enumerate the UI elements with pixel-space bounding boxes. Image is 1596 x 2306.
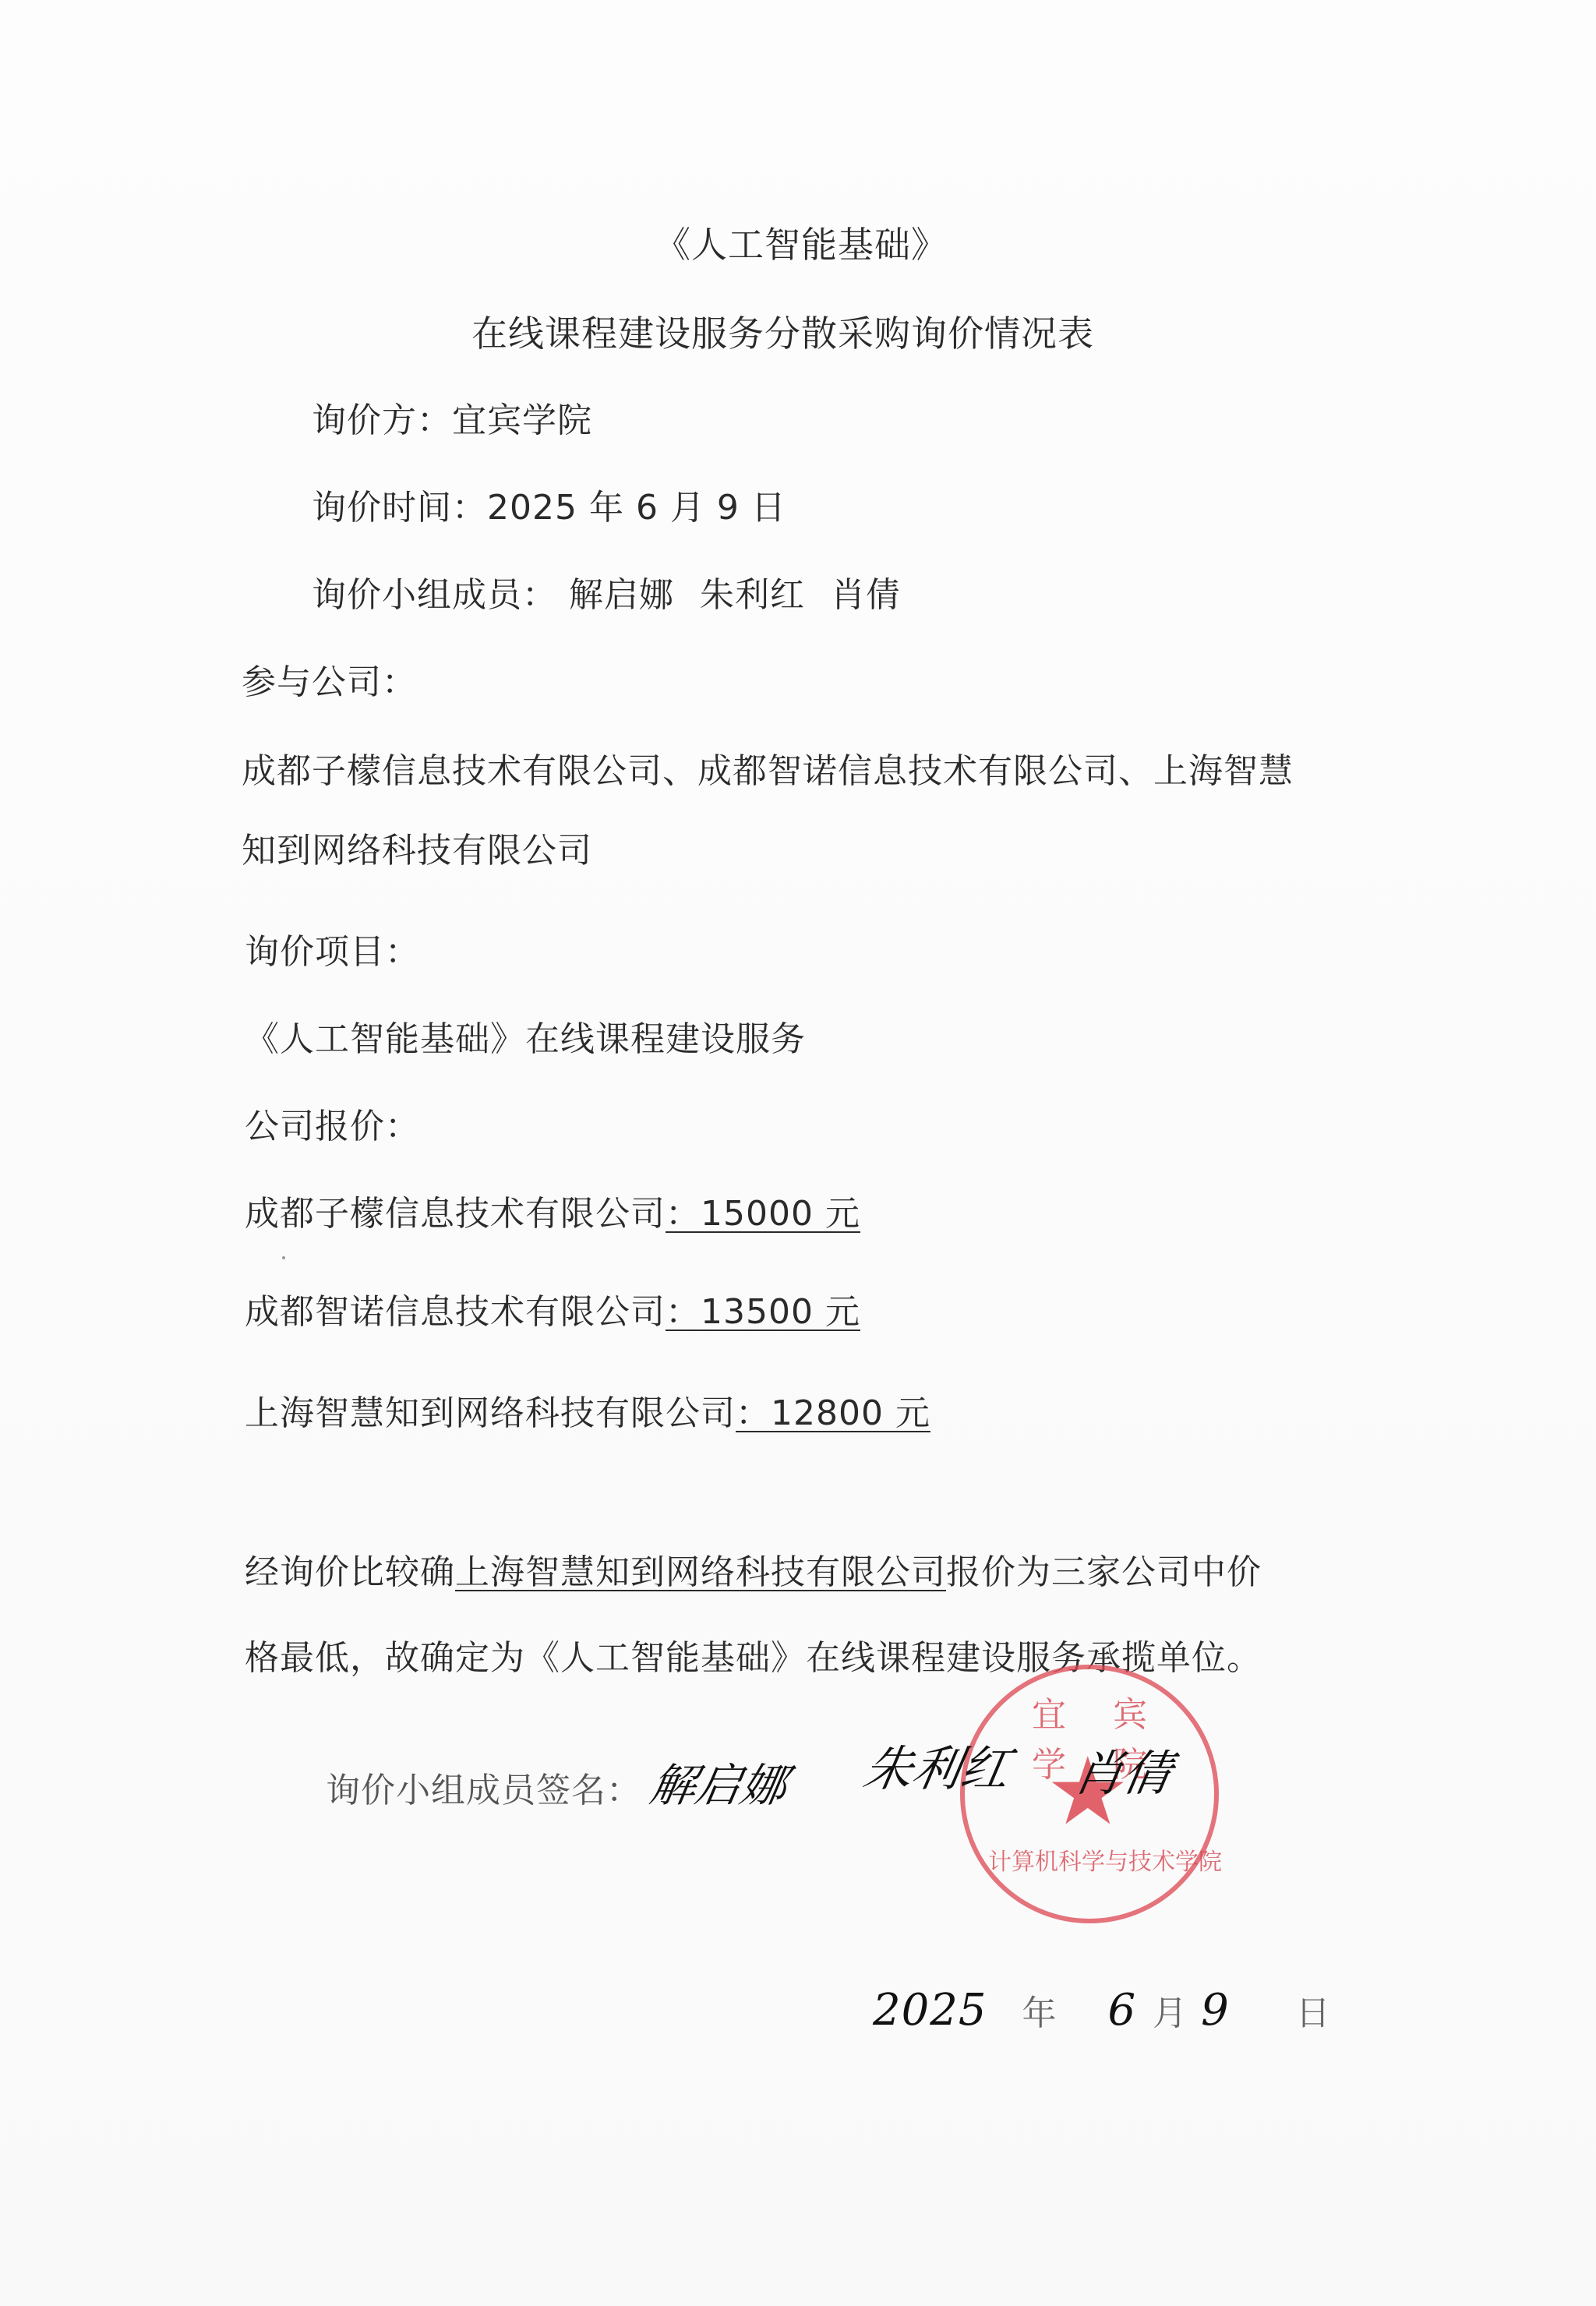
inquiry-time-value: 2025 年 6 月 9 日 [487,488,786,528]
inquirer-label: 询价方： [312,401,452,440]
conclusion-line2: 格最低，故确定为《人工智能基础》在线课程建设服务承揽单位。 [245,1637,1262,1680]
member-name: 肖倩 [831,575,901,615]
document-title-form: 在线课程建设服务分散采购询价情况表 [471,312,1094,355]
conclusion-prefix: 经询价比较确 [245,1552,455,1592]
participants-list-line1: 成都子檬信息技术有限公司、成都智诺信息技术有限公司、上海智慧 [242,750,1294,793]
scan-speck [282,1256,285,1259]
scanned-document-page: 《人工智能基础》 在线课程建设服务分散采购询价情况表 询价方：宜宾学院 询价时间… [0,0,1596,2306]
handwritten-signature: 朱利红 [859,1730,1016,1799]
handwritten-year: 2025 [873,1985,987,2036]
year-label: 年 [1022,1993,1058,2033]
quote-row: 上海智慧知到网络科技有限公司：12800 元 [245,1392,930,1436]
inquirer-value: 宜宾学院 [452,401,592,440]
conclusion-suffix: 报价为三家公司中价 [946,1552,1262,1592]
winning-company: 上海智慧知到网络科技有限公司 [455,1552,946,1592]
document-title-course: 《人工智能基础》 [655,223,948,267]
quote-price: ：13500 元 [666,1292,860,1332]
quote-price: ：12800 元 [736,1393,930,1433]
member-name: 朱利红 [700,575,805,615]
signature-label: 询价小组成员签名： [326,1769,641,1813]
inquiry-members-row: 询价小组成员： 解启娜 朱利红 肖倩 [312,574,901,617]
participants-list-line2: 知到网络科技有限公司 [242,829,592,873]
month-label: 月 [1153,1993,1188,2033]
stamp-bottom-text: 计算机科学与技术学院 [988,1842,1191,1877]
handwritten-month: 6 [1108,1985,1137,2036]
participants-heading: 参与公司： [242,661,417,705]
handwritten-signature: 解启娜 [646,1749,793,1814]
handwritten-day: 9 [1201,1985,1230,2036]
quote-company: 成都子檬信息技术有限公司 [245,1194,666,1234]
inquiry-time-row: 询价时间：2025 年 6 月 9 日 [312,486,786,530]
quote-row: 成都子檬信息技术有限公司：15000 元 [245,1192,860,1236]
inquirer-row: 询价方：宜宾学院 [312,399,592,443]
inquiry-members-label: 询价小组成员： [312,575,557,615]
quote-company: 上海智慧知到网络科技有限公司 [245,1393,736,1433]
quote-price: ：15000 元 [666,1194,860,1234]
signing-date: 2025 年 6 月 9 日 [873,1989,1331,2036]
quote-row: 成都智诺信息技术有限公司：13500 元 [245,1291,860,1334]
handwritten-signature: 肖倩 [1069,1735,1178,1804]
inquiry-time-label: 询价时间： [312,488,487,528]
quote-company: 成都智诺信息技术有限公司 [245,1292,666,1332]
project-heading: 询价项目： [245,931,420,974]
conclusion-line1: 经询价比较确上海智慧知到网络科技有限公司报价为三家公司中价 [245,1551,1262,1594]
project-value: 《人工智能基础》在线课程建设服务 [245,1018,806,1061]
quotes-heading: 公司报价： [245,1105,420,1149]
member-name: 解启娜 [569,575,674,615]
day-label: 日 [1296,1993,1331,2033]
